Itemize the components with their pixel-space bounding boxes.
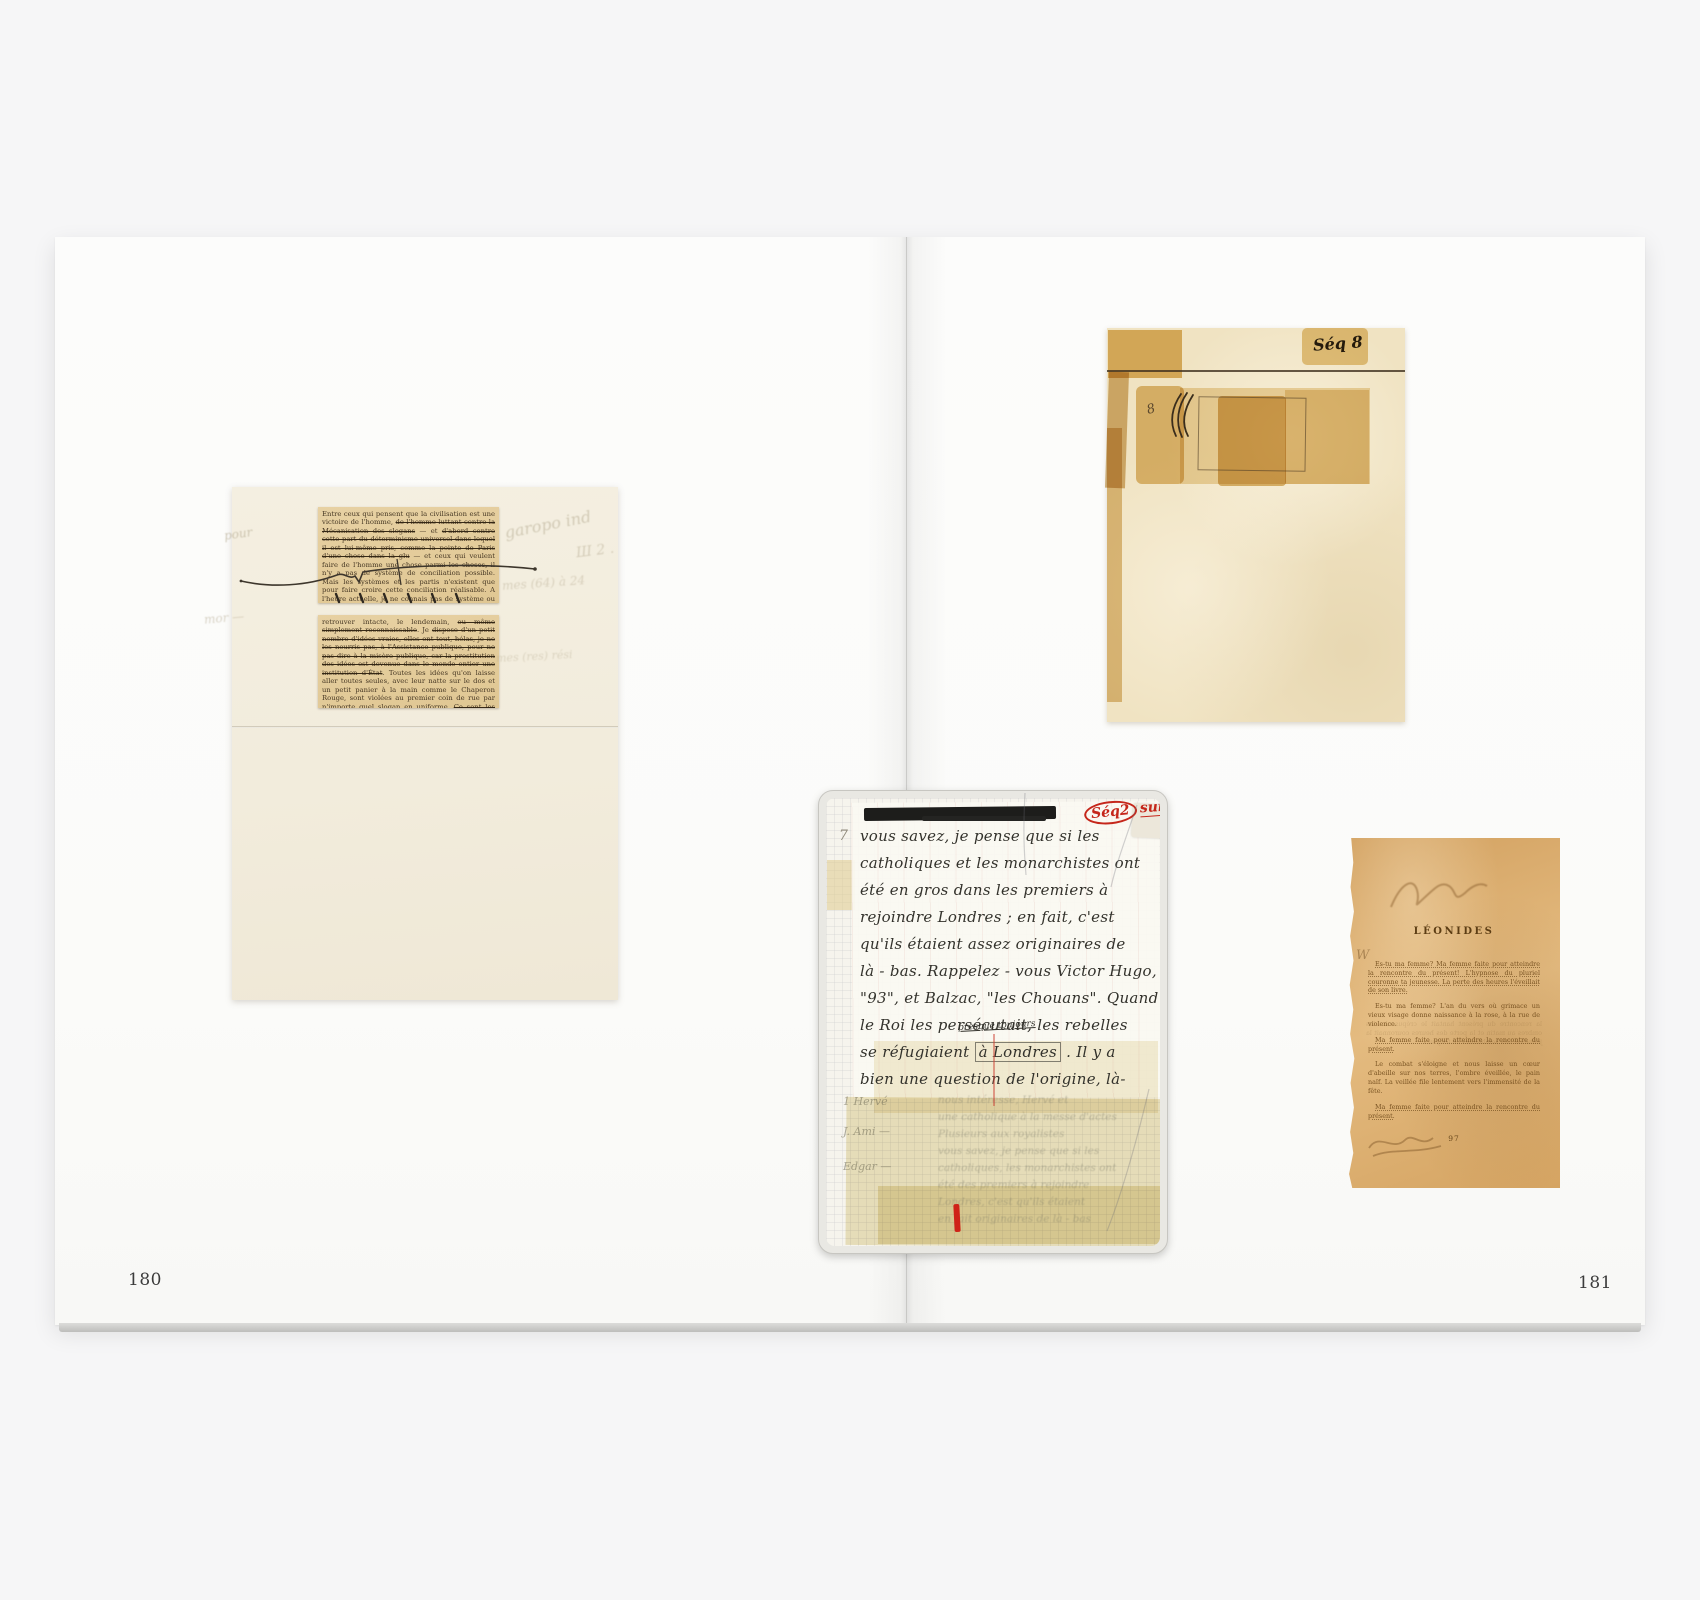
clipping-2-seg-2: . Je [417, 626, 432, 634]
pencil-note-left-2: mor — [203, 609, 244, 626]
printed-paragraph: Es-tu ma femme? L'an du vers où grimace … [1368, 1002, 1540, 1028]
printed-text-block: Es-tu ma femme? Ma femme faite pour atte… [1368, 960, 1540, 1127]
newspaper-clipping-2: retrouver intacte, le lendemain, ou même… [318, 615, 499, 708]
faint-inscription-scrawl [1383, 863, 1493, 923]
book-spread-photo: 180 181 Entre ceux qui pensent que la ci… [0, 0, 1700, 1600]
pencil-note-left-1: pour [223, 525, 253, 543]
book-page-block-edge [59, 1323, 1641, 1332]
ink-stroke [237, 555, 542, 595]
pencil-note-right-1: garopo ind [503, 507, 593, 542]
printed-paragraph: Es-tu ma femme? Ma femme faite pour atte… [1368, 960, 1540, 995]
manuscript-sheet: Entre ceux qui pensent que la civilisati… [232, 487, 618, 1000]
taped-archival-sheet: Séq 8 8 [1107, 328, 1405, 722]
sleeve-creases [819, 791, 1167, 1253]
leonides-heading: LÉONIDES [1348, 926, 1560, 937]
handwritten-notebook-sleeve: 7 Séq2suite vous savez, je pense que si … [818, 790, 1168, 1254]
pencil-rectangle-outline [1197, 396, 1306, 472]
pencil-note-right-4: mes (res) rési [496, 648, 573, 665]
right-page-number: 181 [1578, 1273, 1612, 1293]
pen-dash-marks [330, 591, 480, 605]
pencil-note-right-2: Ш 2 . [575, 541, 615, 562]
seq8-handwritten-label: Séq 8 [1312, 332, 1363, 354]
printed-page-number: 97 [1348, 1134, 1560, 1143]
clipping-2-text: retrouver intacte, le lendemain, ou même… [318, 615, 499, 708]
aged-printed-page: W LÉONIDES la rencontre du présent hanta… [1348, 838, 1560, 1188]
ruled-ink-line [1107, 370, 1405, 372]
sheet-fold-crease [232, 726, 618, 728]
clipping-2-seg-0: retrouver intacte, le lendemain, [322, 618, 458, 626]
printed-paragraph: Le combat s'éloigne et nous laisse un cœ… [1368, 1060, 1540, 1095]
printed-paragraph: Ma femme faite pour atteindre la rencont… [1368, 1036, 1540, 1054]
left-page-number: 180 [128, 1270, 162, 1290]
scribble-strokes [1155, 390, 1201, 440]
clipping-1-seg-2: — et [415, 527, 442, 535]
tape-piece [1107, 428, 1122, 702]
